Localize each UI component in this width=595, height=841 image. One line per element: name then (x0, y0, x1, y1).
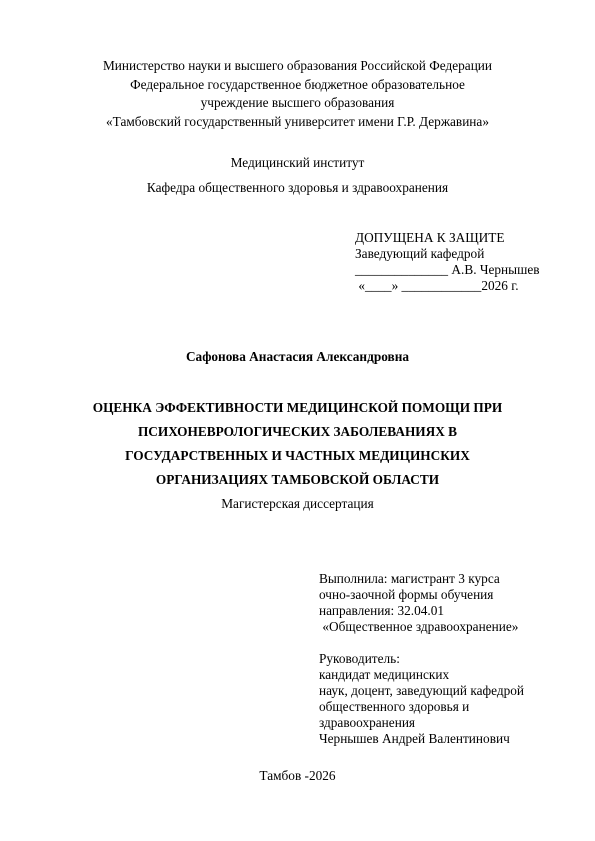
supervisor-name: Чернышев Андрей Валентинович (319, 731, 510, 747)
supervisor-line-5: здравоохранения (319, 715, 415, 731)
institute-name: Медицинский институт (0, 155, 595, 171)
approval-date: «____» ____________2026 г. (355, 278, 519, 294)
approval-title: ДОПУЩЕНА К ЗАЩИТЕ (355, 230, 504, 246)
institution-line-2: учреждение высшего образования (0, 95, 595, 111)
supervisor-line-2: кандидат медицинских (319, 667, 449, 683)
thesis-title-line-3: ГОСУДАРСТВЕННЫХ И ЧАСТНЫХ МЕДИЦИНСКИХ (0, 444, 595, 468)
department-name: Кафедра общественного здоровья и здравоо… (0, 180, 595, 196)
ministry-line: Министерство науки и высшего образования… (0, 58, 595, 74)
thesis-title-line-1: ОЦЕНКА ЭФФЕКТИВНОСТИ МЕДИЦИНСКОЙ ПОМОЩИ … (0, 396, 595, 420)
thesis-title-line-2: ПСИХОНЕВРОЛОГИЧЕСКИХ ЗАБОЛЕВАНИЯХ В (0, 420, 595, 444)
supervisor-label: Руководитель: (319, 651, 400, 667)
university-name: «Тамбовский государственный университет … (0, 114, 595, 130)
city-year: Тамбов -2026 (0, 768, 595, 784)
author-name: Сафонова Анастасия Александровна (0, 349, 595, 365)
supervisor-line-4: общественного здоровья и (319, 699, 469, 715)
thesis-type: Магистерская диссертация (0, 496, 595, 512)
supervisor-line-3: наук, доцент, заведующий кафедрой (319, 683, 524, 699)
performer-line-2: очно-заочной формы обучения (319, 587, 493, 603)
performer-line-1: Выполнила: магистрант 3 курса (319, 571, 500, 587)
thesis-title-line-4: ОРГАНИЗАЦИЯХ ТАМБОВСКОЙ ОБЛАСТИ (0, 468, 595, 492)
institution-line-1: Федеральное государственное бюджетное об… (0, 77, 595, 93)
performer-line-3: направления: 32.04.01 (319, 603, 444, 619)
performer-line-4: «Общественное здравоохранение» (319, 619, 518, 635)
approval-signature: ______________ А.В. Чернышев (355, 262, 540, 278)
approval-role: Заведующий кафедрой (355, 246, 484, 262)
